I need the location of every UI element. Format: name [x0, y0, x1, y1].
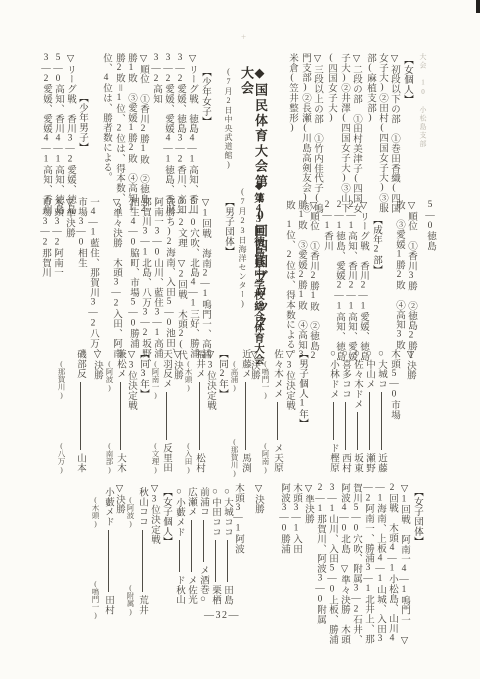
bout-loser: ド樫原	[327, 443, 339, 473]
section-label: 【女個人】	[401, 55, 413, 105]
bout-separator-line	[179, 540, 180, 572]
bout-loser: 田島	[221, 585, 233, 605]
bout-loser: メ佐光	[185, 575, 197, 605]
result-text-column: 3―2愛媛、愛媛4―1高知、香川	[40, 53, 52, 214]
bout-result: ○小林ドメド樫原	[327, 349, 339, 473]
bout-loser: 西村	[339, 453, 351, 473]
result-text-column: ▽1回戦 阿南一4―1鳴門一 ▽	[398, 483, 410, 646]
result-text-column: ▽決勝	[252, 483, 264, 514]
result-text-column: (木頭)	[90, 495, 100, 528]
result-text-column: 2―1那賀川、阿波3―0附属	[314, 483, 326, 625]
bout-result: 磯部反山本	[74, 349, 86, 473]
bout-result: 秋山ココ荒井	[136, 487, 148, 615]
result-text-column: ▽3位決定戦	[148, 483, 160, 544]
bout-separator-line	[345, 402, 346, 450]
result-text-column: 3―2高知	[150, 53, 162, 104]
result-text-column: 子大)②井澤(四国女子大)③山下	[338, 53, 350, 213]
bout-result: ○佐々木ドメ坂東	[351, 349, 363, 473]
result-text-column: 木頭3―1入田	[290, 483, 302, 554]
scan-edge-artifact	[476, 0, 480, 13]
result-text-column: ▽順位 ①香川2勝1敗 ②徳島2	[137, 53, 149, 214]
bout-loser: 松村	[193, 453, 205, 473]
bout-loser: 荒井	[136, 595, 148, 615]
bout-winner: 福井メ	[193, 349, 205, 379]
bout-separator-line	[215, 540, 216, 582]
result-text-column: 敗 1位、2位は、得本数による。	[283, 200, 295, 359]
bout-result: ○大城ココ田島	[221, 487, 233, 605]
bout-loser: ド秋山	[173, 575, 185, 605]
result-text-column: 2回戦 木頭4―1小松島、山川4	[386, 483, 398, 644]
result-text-column: 木頭3―1阿波	[232, 483, 244, 554]
result-text-column: 2―1徳島、愛媛2―1高知、徳島	[333, 200, 345, 361]
result-text-column: (八万)	[56, 441, 66, 474]
document-page: + ―32― 大会 10 小松島支部【女個人】▽初段以下の部 ①巻田香織(四国女…	[0, 0, 480, 679]
bout-loser: メ天原	[271, 443, 283, 473]
bout-loser: 大木	[114, 453, 126, 473]
result-text-column: 勝1敗 ③愛媛2勝1敗 ④高知3	[295, 200, 307, 360]
result-text-column: ▽準々決勝 木頭3―2入田、阿南	[110, 197, 122, 358]
result-text-column: 一4―1藍住、那賀川3―2八万、	[87, 197, 99, 358]
bout-winner: 兼松メ	[114, 349, 126, 379]
bout-result: ○中田ココ栗栖	[209, 487, 221, 605]
result-text-column: ▽二段の部 ①田村美津子(四国女	[350, 53, 362, 213]
result-text-column: 5―0穴吹、北島4―1三好、勝浦	[187, 197, 199, 358]
bout-loser: 坂東	[351, 453, 363, 473]
bout-result: ○喜多ココ西村	[339, 349, 351, 473]
result-text-column: (木頭)	[183, 359, 193, 392]
bout-result: 広瀬メメ佐光	[185, 487, 197, 605]
bout-winner: ○小林ドメ	[327, 349, 339, 399]
section-label: 【少年男子】	[76, 93, 88, 152]
result-text-column: 部(麻植支部)	[364, 53, 376, 123]
bout-winner: 小藪メド	[102, 487, 114, 527]
result-text-column: (阿波)	[125, 495, 135, 528]
bout-separator-line	[142, 530, 143, 593]
result-text-column: 阿波3―0勝浦	[278, 483, 290, 554]
bout-loser: 田村	[102, 595, 114, 615]
result-text-column: 3―2文理 ▽2回戦 木頭2(代	[175, 197, 187, 360]
bout-result: ○大城コ近藤	[375, 349, 387, 473]
bout-separator-line	[166, 392, 167, 441]
bout-winner: ○大城コ	[375, 349, 387, 389]
bout-loser: 反里田	[160, 443, 172, 473]
result-text-column: 位、4位は、勝者数による。	[100, 53, 112, 182]
section-label: 【成年2部】	[370, 215, 382, 275]
bout-winner: ○中山メ	[363, 349, 375, 389]
result-text-column: 市場3―2那賀川	[39, 197, 51, 278]
result-text-column: (阿南一)	[150, 359, 160, 400]
bout-separator-line	[108, 530, 109, 593]
bout-separator-line	[277, 402, 278, 441]
result-text-column: 3―1山川、入田5―0上板、勝浦	[326, 483, 338, 644]
result-text-column: ▽準決勝	[302, 483, 314, 524]
bout-winner: 秋山ココ	[136, 487, 148, 527]
bout-winner: ○中田ココ	[209, 487, 221, 537]
bout-result: 前浦コメ酒巻○	[197, 487, 209, 605]
bout-winner: ○小藪メド	[173, 487, 185, 537]
result-text-column: 2―1高知、香川2―1高知、愛媛	[345, 200, 357, 361]
bout-loser: 近藤	[375, 453, 387, 473]
result-text-column: 阿南一3―0山川、藍住3―1高浦	[151, 197, 163, 358]
result-text-column: 勝1敗 ③愛媛1勝2敗 ④高知1	[125, 53, 137, 213]
bout-separator-line	[120, 382, 121, 450]
result-text-column: (鳴門一)	[260, 359, 270, 400]
result-text-column: (那賀川)	[229, 437, 239, 478]
result-text-column: 5―0徳島	[424, 200, 436, 251]
result-text-column: 5―0高知、香川4―1高知、徳島	[52, 53, 64, 214]
result-text-column: 敗 ③愛媛1勝2敗 ④高知3敗	[393, 200, 405, 350]
result-text-column: ―2阿南一、勝浦3―1北井上、那	[362, 483, 374, 644]
section-label: 【同2年】	[216, 349, 228, 399]
bout-winner: 広瀬メ	[185, 487, 197, 517]
bout-result: ○中山メ瀬野	[363, 349, 375, 473]
bout-result: 小藪メド田村	[102, 487, 114, 615]
bout-winner: ○佐々木ドメ	[351, 349, 363, 409]
bout-result: 福井メ松村	[193, 349, 205, 473]
venue-chugaku: (7月23日海洋センター)	[237, 187, 248, 309]
result-text-column: 那賀川3―1北島、八万3―2坂野、	[139, 197, 151, 368]
result-text-column: (那賀川)	[56, 359, 66, 400]
result-text-column: (阿南)	[260, 441, 270, 474]
bout-winner: ○喜多ココ	[339, 349, 351, 399]
bout-separator-line	[357, 412, 358, 450]
result-text-column: (阿波)	[104, 359, 114, 392]
result-text-column: 女子大)②田村(四国女子大)③服	[376, 53, 388, 213]
result-text-column: ▽決勝	[171, 349, 183, 380]
result-text-column: (四国女子大)	[325, 53, 337, 123]
bout-loser: 馬渕	[239, 453, 251, 473]
result-text-column: ―1海南、上板4―1山城、入田3	[374, 483, 386, 644]
result-text-column: ▽1回戦 海南2―1鳴門一、高浦	[199, 197, 211, 359]
bout-winner: 佐々木メメ	[271, 349, 283, 399]
bout-separator-line	[369, 392, 370, 450]
section-label: 【男子個人1年】	[296, 349, 308, 429]
result-text-column: 阿波4―0北島 ▽準々決勝 木頭	[338, 483, 350, 644]
result-text-column: (南部)	[104, 441, 114, 474]
bout-separator-line	[333, 402, 334, 440]
bout-loser: 山本	[74, 453, 86, 473]
result-text-column: 門支部)②長瀬(川島高剣友会)③	[299, 53, 311, 213]
page-header-note: 大会 10 小松島支部	[418, 53, 427, 149]
bout-separator-line	[80, 382, 81, 450]
result-text-column: ▽決勝	[404, 349, 416, 380]
result-text-column: 2―1香川	[321, 200, 333, 251]
bout-result: 佐々木メメメ天原	[271, 349, 283, 473]
result-text-column: ▽リーグ戦 徳島4―1高知、香川	[186, 53, 198, 214]
result-text-column: 3―2愛媛、徳島3―2香川、高知	[174, 53, 186, 214]
result-text-column: 3―2愛媛、愛媛4―1徳島、香川	[162, 53, 174, 214]
result-text-column: 賀川5―0穴吹、附属3―2石井、	[350, 483, 362, 644]
bout-loser: メ酒巻○	[197, 565, 209, 605]
result-text-column: ▽順位 ①香川3勝 ②徳島2勝1	[405, 200, 417, 361]
result-text-column: (鳴門一)	[90, 579, 100, 620]
bout-winner: 前浦コ	[197, 487, 209, 517]
bout-winner: 磯部反	[74, 349, 86, 379]
bout-result: 兼松メ大木	[114, 349, 126, 473]
bout-result: 天羽反メ反里田	[160, 349, 172, 473]
bout-winner: ○大城ココ	[221, 487, 233, 537]
bout-separator-line	[227, 540, 228, 582]
section-label: 【同3年】	[137, 349, 149, 399]
result-text-column: 表勝ち)2海南、入田5―0池田、	[163, 197, 175, 358]
bout-separator-line	[245, 382, 246, 450]
bout-winner: 天羽反メ	[160, 349, 172, 389]
bout-separator-line	[203, 520, 204, 562]
result-text-column: 市場3―0相生	[75, 197, 87, 268]
article-title-kokutai-wrap: 大会	[238, 66, 255, 96]
section-label: 【少年女子】	[199, 67, 211, 126]
result-text-column: ▽初段以下の部 ①巻田香織(四国	[388, 53, 400, 213]
section-label: 【女子個人】	[160, 487, 172, 546]
bout-result: 近藤メ馬渕	[239, 349, 251, 473]
section-label: 【男子団体】	[222, 197, 234, 256]
article-title-chugaku: ◆第43回徳島県中学校総合体育大会	[251, 180, 265, 364]
bout-separator-line	[199, 382, 200, 450]
result-text-column: 相生4―0脇町、市場5―0勝浦	[127, 197, 139, 349]
result-text-column: ▽決勝	[113, 483, 125, 514]
result-text-column: (附属)	[125, 583, 135, 616]
result-text-column: ▽三段以上の部 ①竹内佳代子(鳴	[311, 53, 323, 213]
result-text-column: 木頭3―2阿南一	[51, 197, 63, 278]
section-label: 【女子団体】	[411, 487, 423, 546]
bout-loser: 瀬野	[363, 453, 375, 473]
result-text-column: ▽リーグ戦 香川2―1愛媛、徳島	[357, 200, 369, 361]
result-text-column: ▽準決勝	[63, 197, 75, 238]
bout-winner: 近藤メ	[239, 349, 251, 379]
result-text-column: (入田)	[183, 441, 193, 474]
result-text-column: 米倉(笠井整形)	[286, 53, 298, 133]
venue-kokutai: (7月2日中央武道館)	[223, 67, 234, 170]
bout-loser: 栗栖	[209, 585, 221, 605]
result-text-column: 木頭5―0市場	[388, 349, 400, 420]
page-number: ―32―	[204, 610, 240, 621]
result-text-column: ▽順位 ①香川2勝1敗 ②徳島2	[307, 200, 319, 361]
result-text-column: (高浦)	[229, 359, 239, 392]
bout-separator-line	[191, 520, 192, 573]
result-text-column: ▽3位決定戦	[125, 349, 137, 410]
registration-mark: +	[241, 32, 246, 42]
bout-result: ○小藪メドド秋山	[173, 487, 185, 605]
result-text-column: ▽決勝	[91, 349, 103, 380]
result-text-column: ▽3位決定戦	[204, 349, 216, 410]
result-text-column: ▽リーグ戦 香川3―2愛媛、徳島	[64, 53, 76, 214]
result-text-column: (文理)	[150, 441, 160, 474]
result-text-column: ▽3位決定戦	[283, 349, 295, 410]
result-text-column: 勝2敗＝1位、2位は、得本数、3	[113, 53, 125, 213]
bout-separator-line	[381, 392, 382, 450]
